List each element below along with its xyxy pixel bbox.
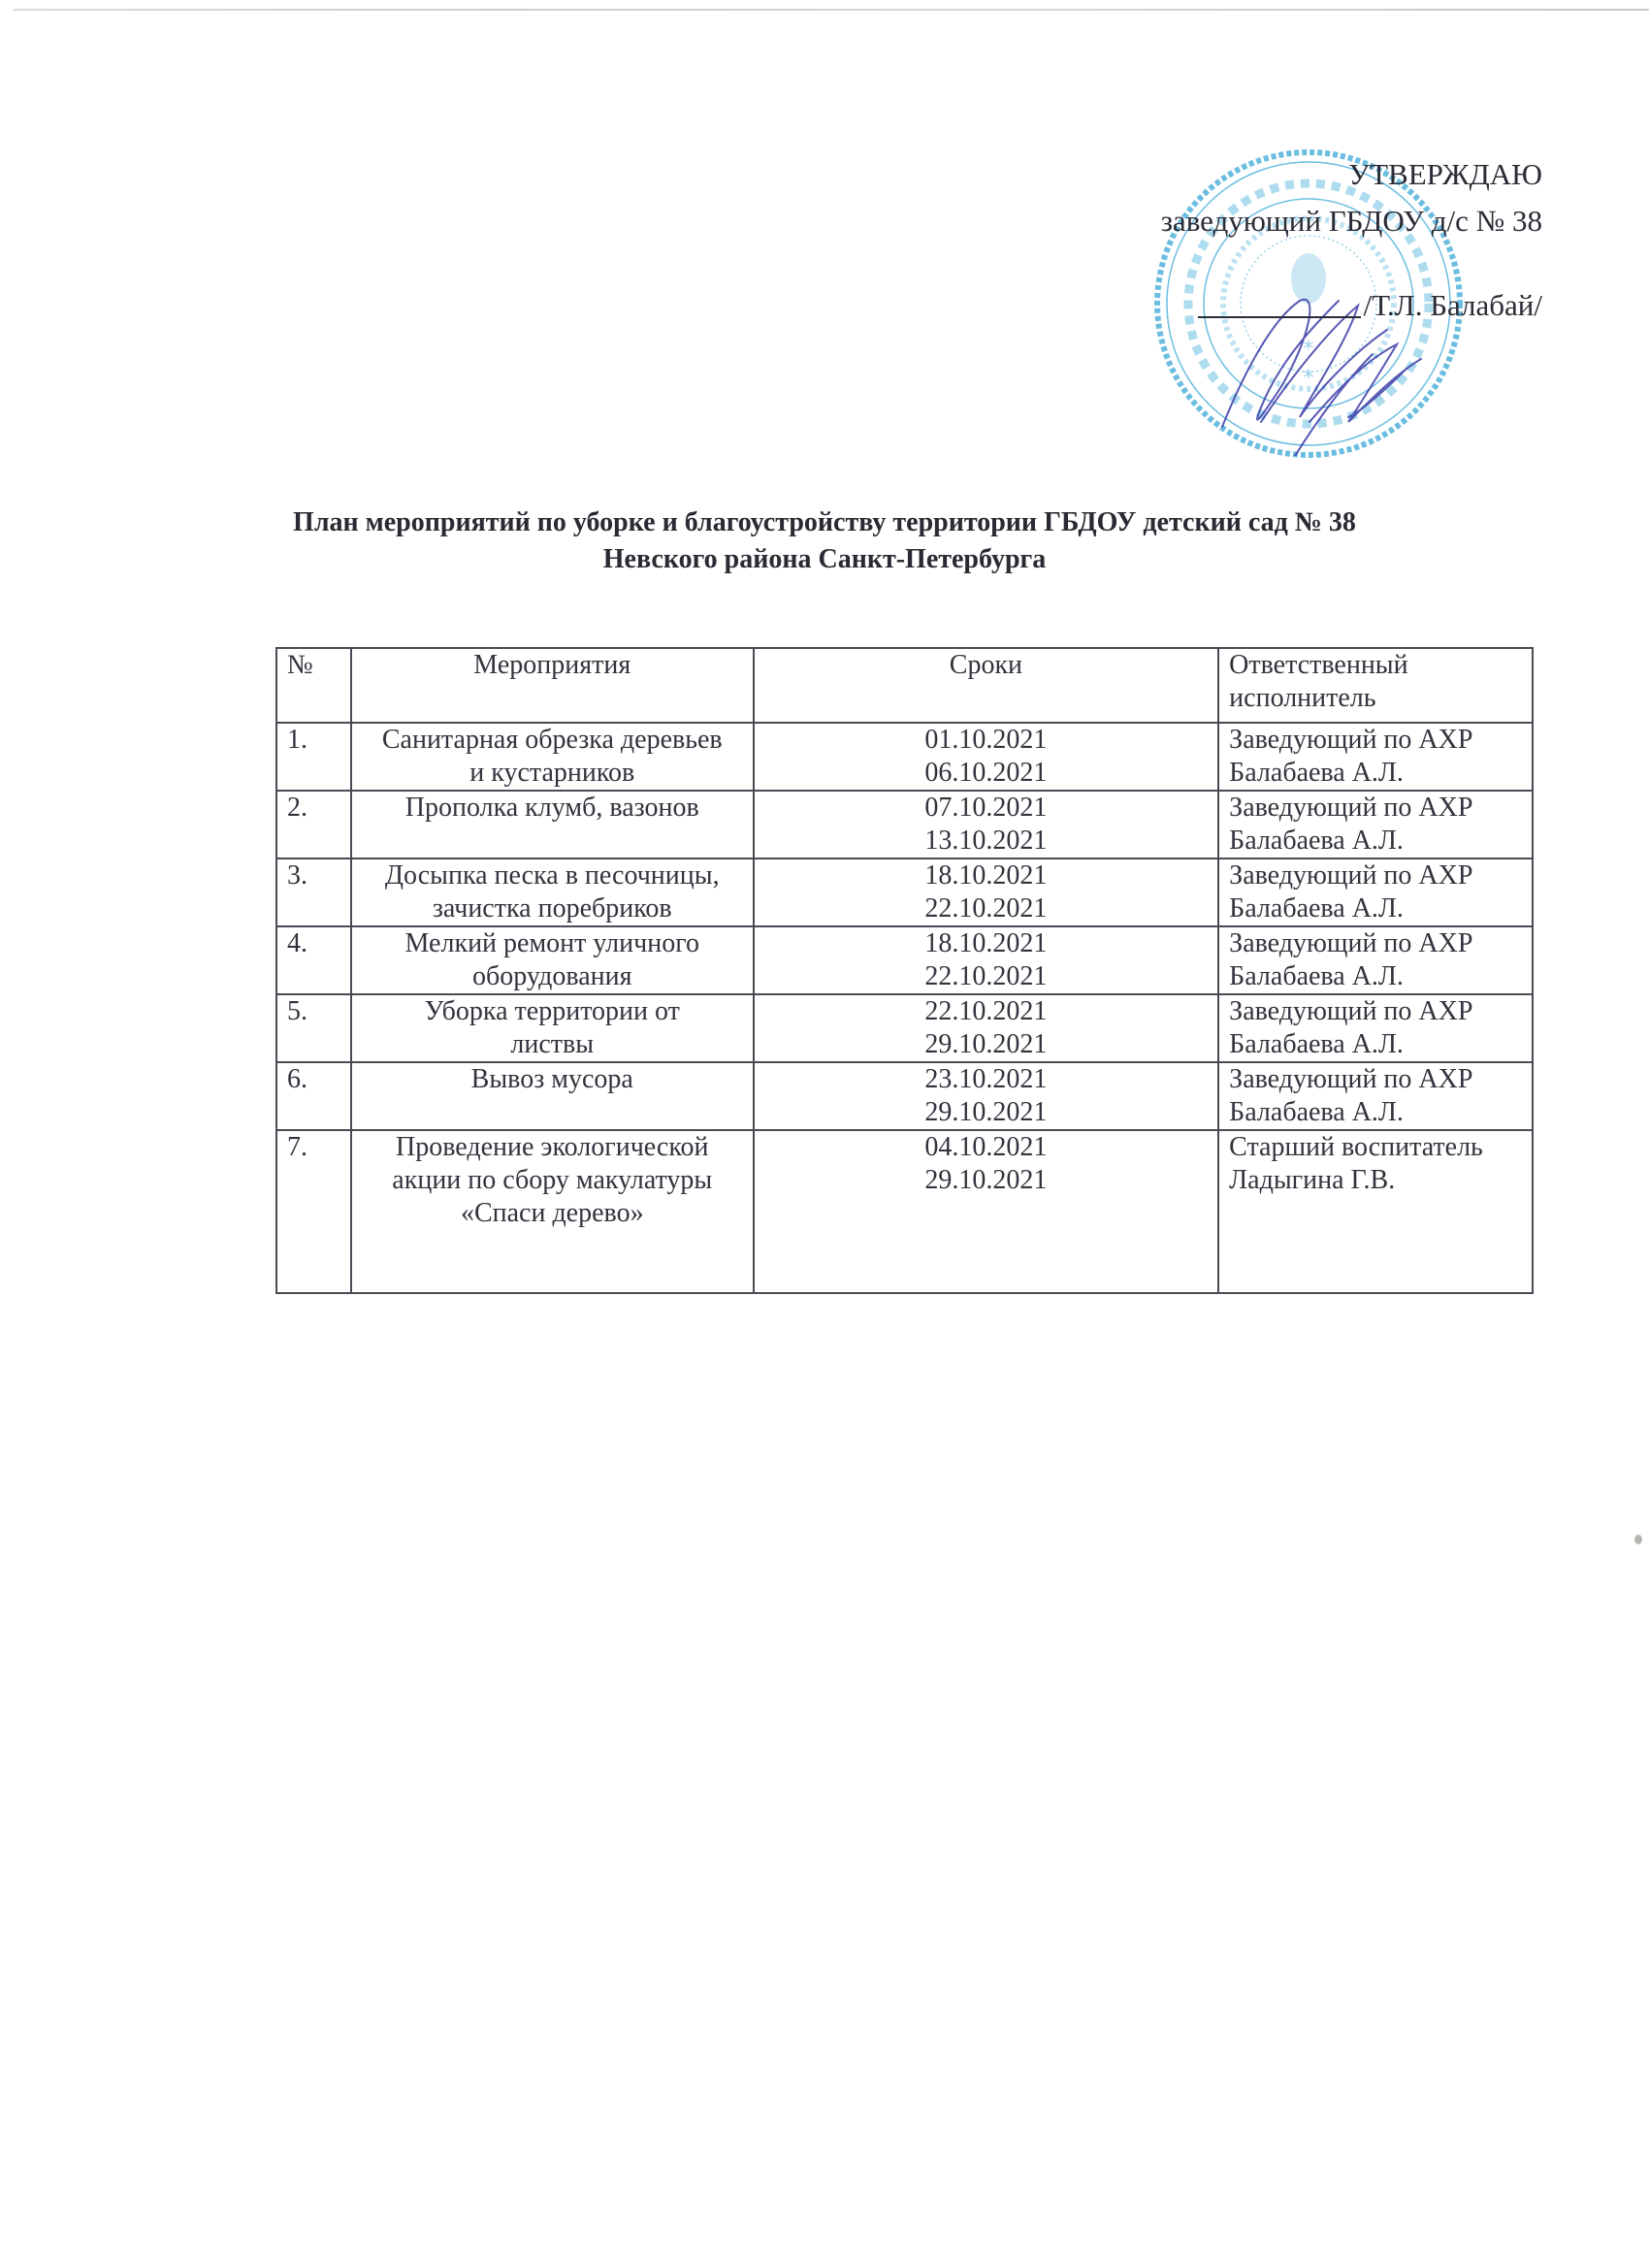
row-event-line: оборудования [360, 960, 745, 993]
row-event-line: листвы [360, 1028, 745, 1061]
row-event-line: Уборка территории от [360, 995, 745, 1028]
signer-name: /Т.Л. Балабай/ [1363, 286, 1542, 325]
document-title: План мероприятий по уборке и благоустрой… [0, 504, 1649, 578]
row-dates-line: 23.10.2021 [762, 1063, 1211, 1096]
document-title-line-2: Невского района Санкт-Петербурга [0, 541, 1649, 578]
row-dates: 04.10.202129.10.2021 [754, 1130, 1219, 1293]
row-event-line: зачистка поребриков [360, 892, 745, 925]
header-responsible: Ответственный исполнитель [1218, 648, 1533, 723]
row-responsible-line: Заведующий по АХР [1229, 927, 1524, 960]
row-dates-line: 22.10.2021 [762, 995, 1211, 1028]
row-responsible-line: Балабаева А.Л. [1229, 1096, 1524, 1129]
row-responsible-line: Ладыгина Г.В. [1229, 1164, 1524, 1197]
table-row: 6.Вывоз мусора23.10.202129.10.2021Заведу… [276, 1062, 1533, 1130]
row-dates-line: 13.10.2021 [762, 825, 1211, 858]
row-number: 5. [276, 994, 351, 1062]
row-event-line: Санитарная обрезка деревьев [360, 724, 745, 757]
row-event: Прополка клумб, вазонов [351, 791, 754, 859]
row-dates: 07.10.202113.10.2021 [754, 791, 1219, 859]
row-dates: 22.10.202129.10.2021 [754, 994, 1219, 1062]
row-event-line: и кустарников [360, 757, 745, 790]
row-event: Санитарная обрезка деревьеви кустарников [351, 723, 754, 791]
row-responsible: Заведующий по АХРБалабаева А.Л. [1218, 994, 1533, 1062]
row-dates-line: 06.10.2021 [762, 757, 1211, 790]
row-event-line: Проведение экологической [360, 1131, 745, 1164]
row-responsible: Старший воспитательЛадыгина Г.В. [1218, 1130, 1533, 1293]
table-row: 4.Мелкий ремонт уличногооборудования18.1… [276, 926, 1533, 994]
table-row: 3.Досыпка песка в песочницы,зачистка пор… [276, 859, 1533, 926]
header-number: № [276, 648, 351, 723]
row-responsible-line: Заведующий по АХР [1229, 995, 1524, 1028]
signature-line [1198, 316, 1361, 318]
row-responsible-line: Заведующий по АХР [1229, 1063, 1524, 1096]
approve-heading: УТВЕРЖДАЮ [1161, 155, 1542, 194]
header-dates: Сроки [754, 648, 1219, 723]
table-header-row: № Мероприятия Сроки Ответственный исполн… [276, 648, 1533, 723]
row-responsible: Заведующий по АХРБалабаева А.Л. [1218, 926, 1533, 994]
row-number: 4. [276, 926, 351, 994]
row-dates-line: 29.10.2021 [762, 1164, 1211, 1197]
row-dates-line: 29.10.2021 [762, 1096, 1211, 1129]
row-dates-line: 01.10.2021 [762, 724, 1211, 757]
row-dates-line: 18.10.2021 [762, 927, 1211, 960]
row-dates-line: 22.10.2021 [762, 960, 1211, 993]
table-row: 7.Проведение экологическойакции по сбору… [276, 1130, 1533, 1293]
row-event-line: акции по сбору макулатуры [360, 1164, 745, 1197]
row-number: 2. [276, 791, 351, 859]
row-responsible-line: Заведующий по АХР [1229, 724, 1524, 757]
row-dates-line: 07.10.2021 [762, 792, 1211, 825]
row-responsible-line: Балабаева А.Л. [1229, 825, 1524, 858]
row-responsible-line: Балабаева А.Л. [1229, 960, 1524, 993]
row-responsible: Заведующий по АХРБалабаева А.Л. [1218, 1062, 1533, 1130]
activities-table: № Мероприятия Сроки Ответственный исполн… [275, 647, 1534, 1294]
row-event: Уборка территории отлиствы [351, 994, 754, 1062]
row-event: Проведение экологическойакции по сбору м… [351, 1130, 754, 1293]
signature-row: /Т.Л. Балабай/ [1161, 286, 1542, 325]
row-dates-line: 18.10.2021 [762, 859, 1211, 892]
row-dates-line: 04.10.2021 [762, 1131, 1211, 1164]
row-number: 3. [276, 859, 351, 926]
row-number: 1. [276, 723, 351, 791]
row-responsible: Заведующий по АХРБалабаева А.Л. [1218, 791, 1533, 859]
table-row: 1.Санитарная обрезка деревьеви кустарник… [276, 723, 1533, 791]
row-responsible-line: Старший воспитатель [1229, 1131, 1524, 1164]
row-event-line: «Спаси дерево» [360, 1197, 745, 1230]
row-event-line: Досыпка песка в песочницы, [360, 859, 745, 892]
header-responsible-line-1: Ответственный [1229, 649, 1524, 682]
row-responsible-line: Балабаева А.Л. [1229, 757, 1524, 790]
row-responsible-line: Заведующий по АХР [1229, 792, 1524, 825]
row-dates: 18.10.202122.10.2021 [754, 859, 1219, 926]
row-responsible-line: Балабаева А.Л. [1229, 1028, 1524, 1061]
row-event-line: Прополка клумб, вазонов [360, 792, 745, 825]
row-event: Досыпка песка в песочницы,зачистка пореб… [351, 859, 754, 926]
row-dates: 23.10.202129.10.2021 [754, 1062, 1219, 1130]
row-number: 6. [276, 1062, 351, 1130]
approval-block: УТВЕРЖДАЮ заведующий ГБДОУ д/с № 38 /Т.Л… [1161, 155, 1542, 325]
row-event: Вывоз мусора [351, 1062, 754, 1130]
row-event-line: Вывоз мусора [360, 1063, 745, 1096]
header-event: Мероприятия [351, 648, 754, 723]
row-dates-line: 29.10.2021 [762, 1028, 1211, 1061]
scan-speck [1634, 1535, 1642, 1544]
document-title-line-1: План мероприятий по уборке и благоустрой… [0, 504, 1649, 541]
approver-position: заведующий ГБДОУ д/с № 38 [1161, 202, 1542, 241]
row-dates: 18.10.202122.10.2021 [754, 926, 1219, 994]
row-dates-line: 22.10.2021 [762, 892, 1211, 925]
table-row: 2.Прополка клумб, вазонов07.10.202113.10… [276, 791, 1533, 859]
row-responsible-line: Заведующий по АХР [1229, 859, 1524, 892]
row-event: Мелкий ремонт уличногооборудования [351, 926, 754, 994]
row-responsible: Заведующий по АХРБалабаева А.Л. [1218, 859, 1533, 926]
row-dates: 01.10.202106.10.2021 [754, 723, 1219, 791]
row-responsible: Заведующий по АХРБалабаева А.Л. [1218, 723, 1533, 791]
row-responsible-line: Балабаева А.Л. [1229, 892, 1524, 925]
table-body: 1.Санитарная обрезка деревьеви кустарник… [276, 723, 1533, 1293]
table-row: 5.Уборка территории отлиствы22.10.202129… [276, 994, 1533, 1062]
row-number: 7. [276, 1130, 351, 1293]
row-event-line: Мелкий ремонт уличного [360, 927, 745, 960]
header-responsible-line-2: исполнитель [1229, 682, 1524, 715]
scan-edge-line [14, 9, 1649, 11]
